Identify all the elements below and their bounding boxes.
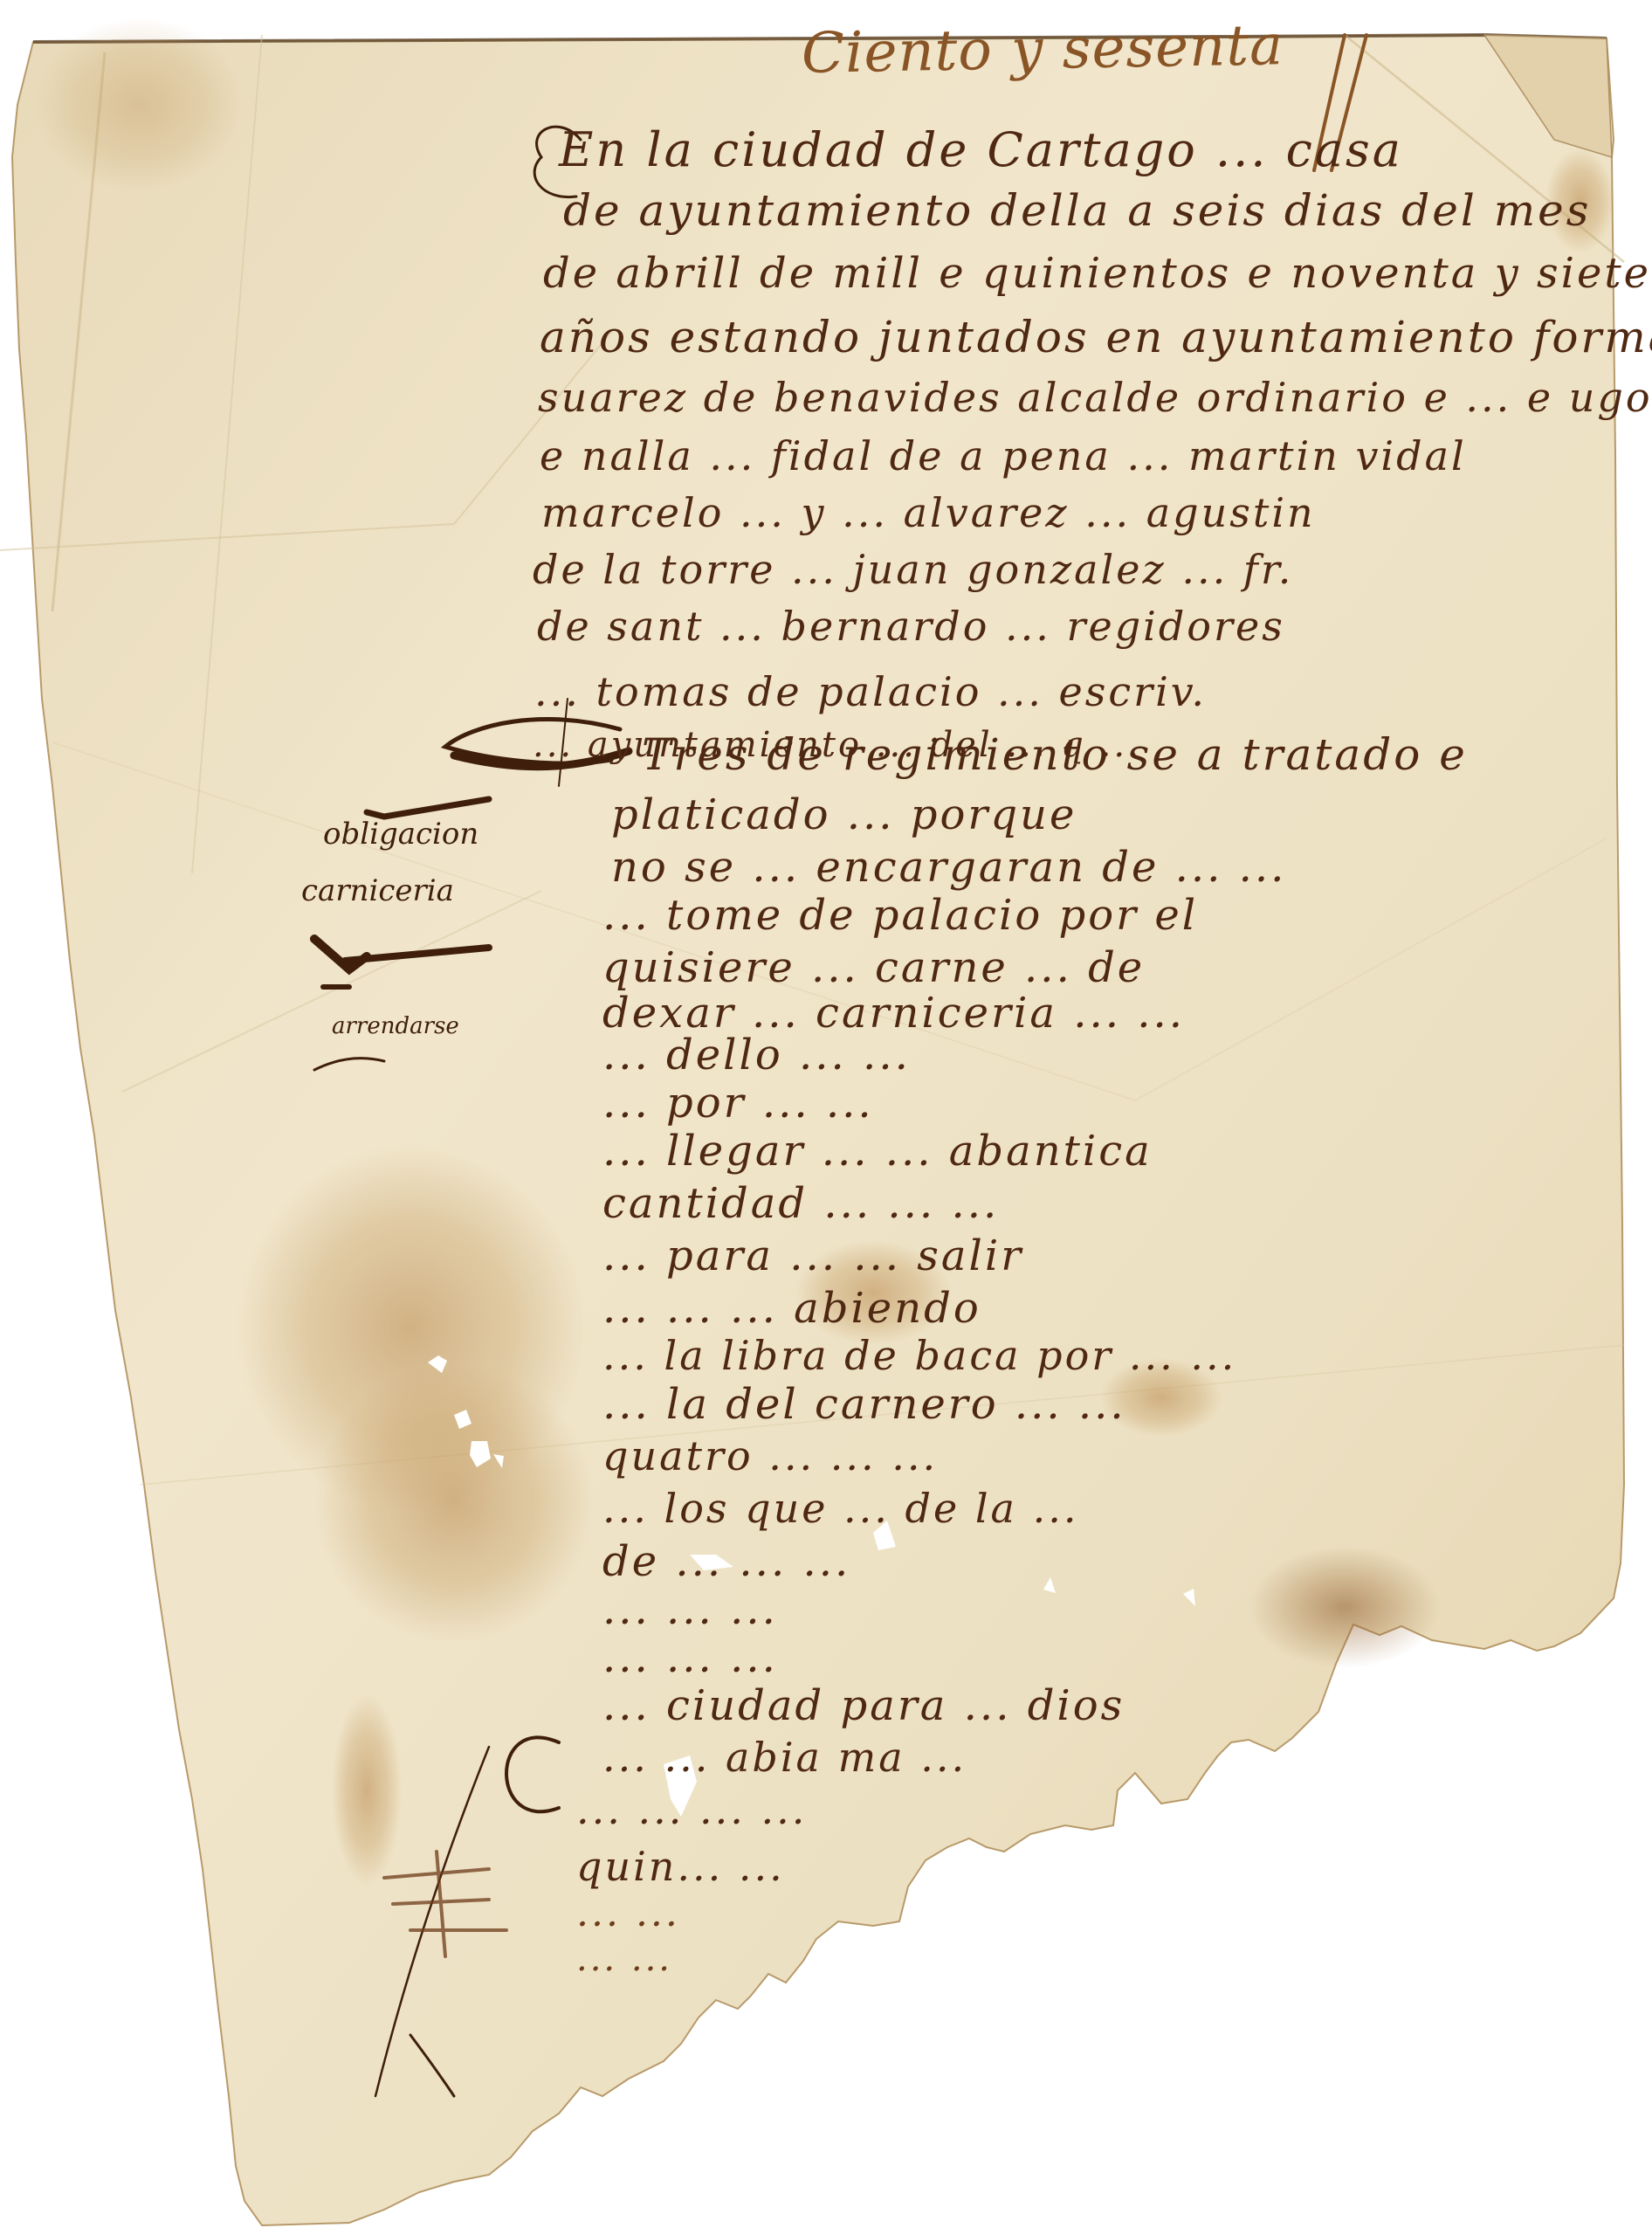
- margin-note-obligacion: obligacion: [323, 817, 478, 852]
- body-line: ... ... ...: [602, 1633, 778, 1682]
- margin-note-arrendarse: arrendarse: [332, 1013, 459, 1039]
- body-line: Tres de regimiento se a tratado e: [642, 729, 1468, 780]
- body-line: años estando juntados en ayuntamiento fo…: [540, 312, 1652, 362]
- body-line: marcelo ... y ... alvarez ... agustin: [541, 489, 1316, 536]
- margin-note-carniceria: carniceria: [301, 873, 454, 908]
- body-line: ... la del carnero ... ...: [602, 1380, 1126, 1429]
- body-line: e nalla ... fidal de a pena ... martin v…: [540, 432, 1467, 479]
- body-line: ... ...: [576, 1939, 672, 1979]
- body-line: de la torre ... juan gonzalez ... fr.: [533, 546, 1293, 593]
- body-line: En la ciudad de Cartago ... casa: [559, 122, 1403, 177]
- body-line: quin... ...: [576, 1843, 785, 1890]
- body-line: cantidad ... ... ...: [602, 1179, 999, 1228]
- body-line: de sant ... bernardo ... regidores: [537, 603, 1285, 650]
- body-line: suarez de benavides alcalde ordinario e …: [538, 374, 1652, 421]
- manuscript-body: En la ciudad de Cartago ... casa de ayun…: [0, 0, 1652, 2228]
- body-line: ... dello ... ...: [602, 1031, 911, 1080]
- body-line: ... ciudad para ... dios: [602, 1681, 1125, 1730]
- body-line: no se ... encargaran de ... ...: [611, 843, 1286, 892]
- body-line: ... ... ... ...: [576, 1786, 807, 1833]
- body-line: de ayuntamiento della a seis dias del me…: [563, 185, 1591, 236]
- body-line: de ... ... ...: [602, 1537, 850, 1586]
- body-line: ... ...: [576, 1891, 680, 1935]
- body-line: ... los que ... de la ...: [602, 1485, 1078, 1532]
- body-line: ... llegar ... ... abantica: [602, 1127, 1153, 1176]
- body-line: ... la libra de baca por ... ...: [602, 1332, 1236, 1379]
- body-line: quatro ... ... ...: [602, 1432, 938, 1480]
- body-line: ... tome de palacio por el: [602, 891, 1198, 940]
- body-line: ... para ... ... salir: [602, 1231, 1023, 1280]
- manuscript-scan: Ciento y sesenta En la ciudad de Cartago…: [0, 0, 1652, 2228]
- body-line: de abrill de mill e quinientos e noventa…: [543, 249, 1651, 298]
- body-line: quisiere ... carne ... de: [602, 943, 1145, 992]
- body-line: ... tomas de palacio ... escriv.: [534, 668, 1207, 715]
- body-line: ... ... ...: [602, 1585, 778, 1634]
- body-line: platicado ... porque: [611, 790, 1077, 839]
- body-line: ... por ... ...: [602, 1079, 874, 1128]
- body-line: ... ... abia ma ...: [602, 1734, 967, 1781]
- body-line: ... ... ... abiendo: [602, 1284, 981, 1333]
